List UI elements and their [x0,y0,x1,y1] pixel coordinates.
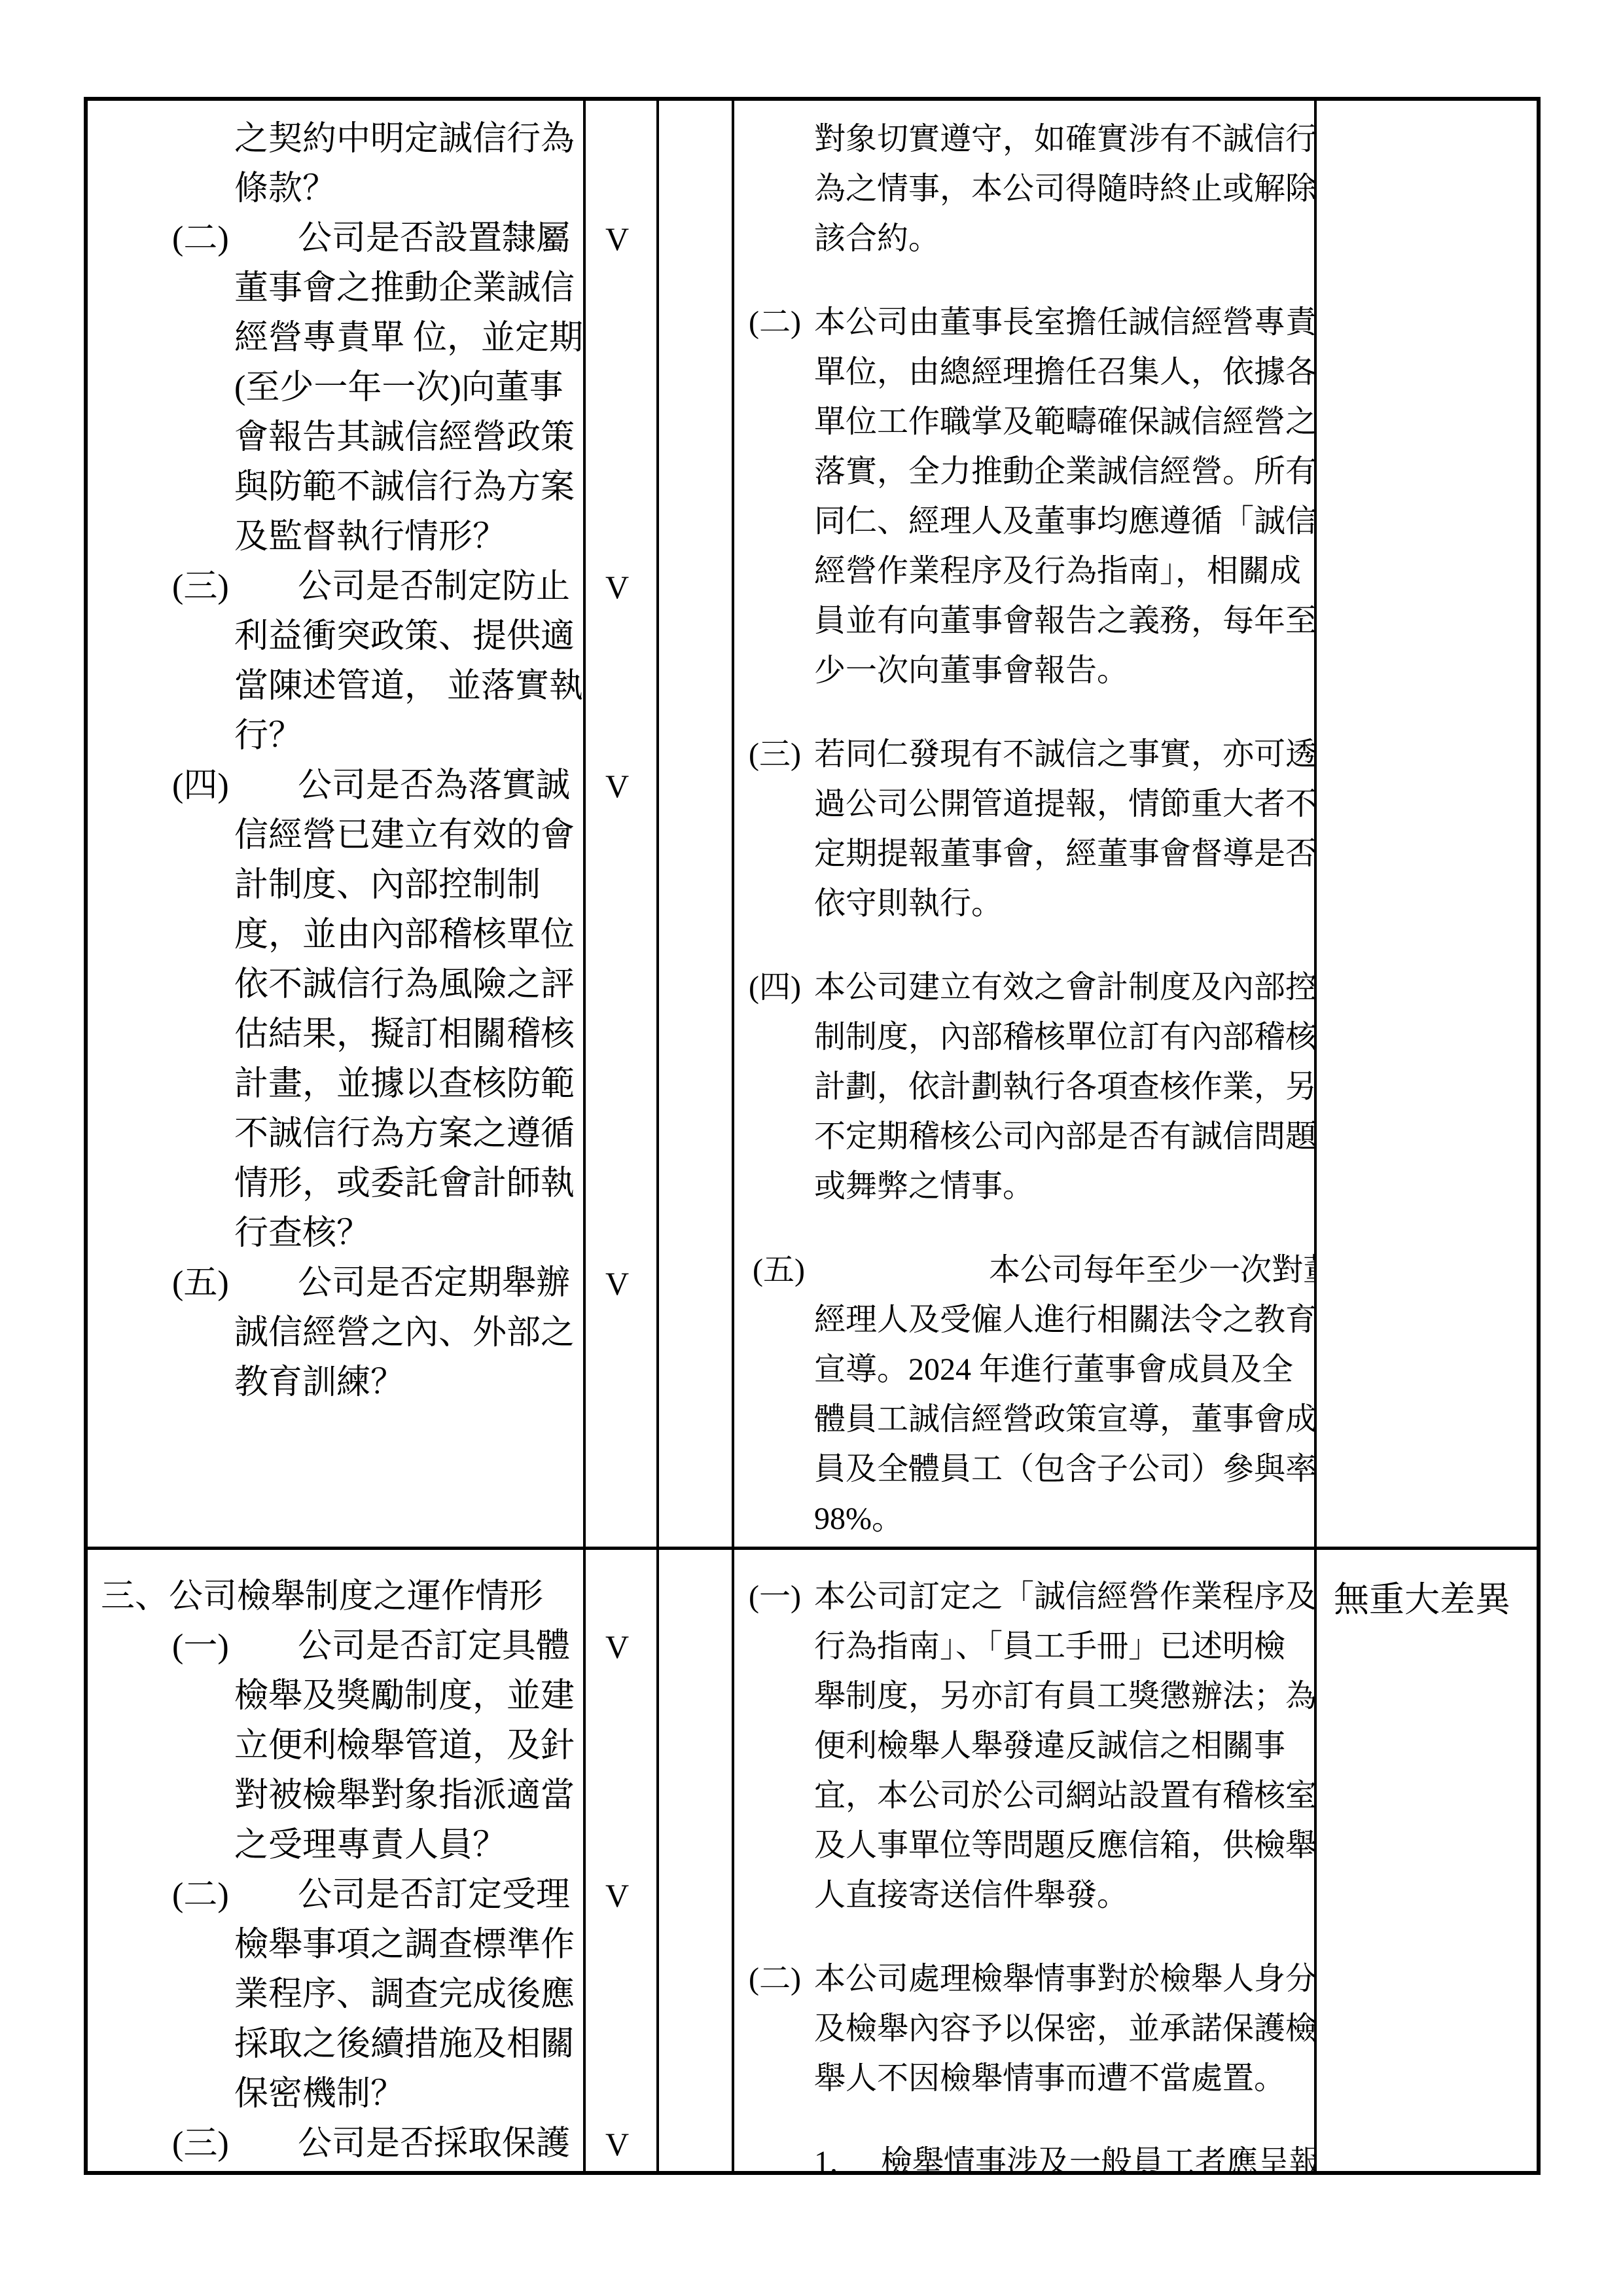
blank-line [734,2104,1314,2138]
text-line: 舉人不因檢舉情事而遭不當處置。 [734,2054,1314,2104]
item-text: 本公司處理檢舉情事對於檢舉人身分 [814,1962,1317,1996]
text-line: 與防範不誠信行為方案 [84,463,583,512]
yes-column-cell-row2: VVV [586,1550,659,2175]
text-line: 制制度，內部稽核單位訂有內部稽核 [734,1013,1314,1062]
no-column-cell-row1 [659,97,734,1550]
item-text: 本公司建立有效之會計制度及內部控 [814,970,1317,1005]
item-text: 公司是否定期舉辦 [298,1265,570,1302]
blank-line [734,929,1314,963]
item-text: 公司是否訂定受理 [298,1876,570,1914]
text-line: 員及全體員工（包含子公司）參與率 [734,1444,1314,1494]
evaluation-item-cell-row2: 三、公司檢舉制度之運作情形(一)公司是否訂定具體檢舉及獎勵制度，並建立便利檢舉管… [84,1550,586,2175]
item-marker: (二) [749,1954,814,2004]
text-line: 舉制度，另亦訂有員工獎懲辦法；為 [734,1672,1314,1721]
text-line: 計畫，並據以查核防範 [84,1060,583,1109]
item-marker: (一) [172,1622,298,1672]
text-line: (二)公司是否設置隸屬 [84,214,583,264]
text-line: 估結果，擬訂相關稽核 [84,1010,583,1060]
text-line: (五)本公司每年至少一次對董事、 [734,1246,1314,1295]
text-line: 為之情事，本公司得隨時終止或解除 [734,164,1314,214]
text-line: (二)本公司由董事長室擔任誠信經營專責 [734,298,1314,348]
evaluation-item-lines-row1: 之契約中明定誠信行為條款？(二)公司是否設置隸屬董事會之推動企業誠信經營專責單 … [84,97,583,1408]
text-line: 宜，本公司於公司網站設置有稽核室 [734,1771,1314,1821]
text-line: 業程序、調查完成後應 [84,1970,583,2020]
item-marker: (三) [172,562,298,612]
text-line: 經理人及受僱人進行相關法令之教育 [734,1295,1314,1345]
summary-cell-row1: 對象切實遵守，如確實涉有不誠信行為之情事，本公司得隨時終止或解除該合約。(二)本… [734,97,1317,1550]
yes-checkmark: V [605,2119,629,2169]
text-line: 檢舉事項之調查標準作 [84,1920,583,1970]
yes-checkmark: V [605,1871,629,1920]
text-line: 之受理專責人員？ [84,1821,583,1871]
item-text: 公司是否為落實誠 [298,767,570,804]
evaluation-item-cell-row1: 之契約中明定誠信行為條款？(二)公司是否設置隸屬董事會之推動企業誠信經營專責單 … [84,97,586,1550]
text-line: 1.檢舉情事涉及一般員工者應呈報 [734,2138,1314,2175]
yes-checkmark: V [605,1622,629,1672]
text-line: (三)公司是否制定防止 [84,562,583,612]
text-line: 保密機制？ [84,2070,583,2119]
text-line: (五)公司是否定期舉辦 [84,1259,583,1308]
text-line: 立便利檢舉管道，及針 [84,1721,583,1771]
text-line: 或舞弊之情事。 [734,1162,1314,1211]
item-text: 公司是否設置隸屬 [298,220,570,257]
text-line: 度，並由內部稽核單位 [84,910,583,960]
text-line: 採取之後續措施及相關 [84,2020,583,2070]
summary-cell-row2: (一)本公司訂定之「誠信經營作業程序及行為指南」、「員工手冊」已述明檢舉制度，另… [734,1550,1317,2175]
text-line: 當陳述管道， 並落實執 [84,662,583,711]
text-line: (二)公司是否訂定受理 [84,1871,583,1920]
text-line: 及檢舉內容予以保密，並承諾保護檢 [734,2004,1314,2054]
item-marker: (二) [172,1871,298,1920]
text-line: 員並有向董事會報告之義務，每年至 [734,596,1314,646]
item-marker: (二) [172,214,298,264]
text-line: 便利檢舉人舉發違反誠信之相關事 [734,1721,1314,1771]
item-marker: (二) [749,298,814,348]
difference-cell-row1 [1317,97,1541,1550]
evaluation-item-lines-row2: 三、公司檢舉制度之運作情形(一)公司是否訂定具體檢舉及獎勵制度，並建立便利檢舉管… [84,1550,583,2169]
item-text: 若同仁發現有不誠信之事實，亦可透 [814,737,1317,772]
item-text: 公司是否制定防止 [298,568,570,605]
text-line: 經營專責單 位，並定期 [84,314,583,363]
text-line: 單位，由總經理擔任召集人，依據各 [734,348,1314,397]
text-line: 對被檢舉對象指派適當 [84,1771,583,1821]
item-text: 本公司訂定之「誠信經營作業程序及 [814,1579,1317,1614]
yes-checkmark: V [605,1259,629,1308]
text-line: 同仁、經理人及董事均應遵循「誠信 [734,497,1314,547]
item-marker: (五) [172,1259,298,1308]
assessment-table: 之契約中明定誠信行為條款？(二)公司是否設置隸屬董事會之推動企業誠信經營專責單 … [84,97,1541,2175]
text-line: (至少一年一次)向董事 [84,363,583,413]
item-text: 公司是否採取保護 [298,2125,570,2162]
text-line: 依不誠信行為風險之評 [84,960,583,1010]
text-line: 及監督執行情形？ [84,512,583,562]
text-line: (四)公司是否為落實誠 [84,761,583,811]
yes-checkmark: V [605,562,629,612]
text-line: 行？ [84,711,583,761]
difference-cell-row2: 無重大差異 [1317,1550,1541,2175]
text-line: 少一次向董事會報告。 [734,646,1314,696]
text-line: 行查核？ [84,1209,583,1259]
scanned-document-page: 之契約中明定誠信行為條款？(二)公司是否設置隸屬董事會之推動企業誠信經營專責單 … [0,0,1623,2296]
text-line: 利益衝突政策、提供適 [84,612,583,662]
difference-text-row1 [1317,97,1541,123]
item-text: 公司是否訂定具體 [298,1628,570,1665]
text-line: 條款？ [84,164,583,214]
text-line: 行為指南」、「員工手冊」已述明檢 [734,1622,1314,1672]
text-line: 依守則執行。 [734,879,1314,929]
item-marker: (五) [753,1246,989,1295]
yes-column-cell-row1: VVVV [586,97,659,1550]
text-line: (二)本公司處理檢舉情事對於檢舉人身分 [734,1954,1314,2004]
text-line: 會報告其誠信經營政策 [84,413,583,463]
text-line: 檢舉及獎勵制度，並建 [84,1672,583,1721]
text-line: 計劃，依計劃執行各項查核作業，另 [734,1062,1314,1112]
text-line: 單位工作職掌及範疇確保誠信經營之 [734,397,1314,447]
text-line: (一)本公司訂定之「誠信經營作業程序及 [734,1572,1314,1622]
text-line: 計制度、內部控制制 [84,861,583,910]
text-line: 對象切實遵守，如確實涉有不誠信行 [734,115,1314,164]
text-line: 過公司公開管道提報，情節重大者不 [734,780,1314,829]
summary-lines-row2: (一)本公司訂定之「誠信經營作業程序及行為指南」、「員工手冊」已述明檢舉制度，另… [734,1550,1314,2175]
item-marker: (四) [172,761,298,811]
text-line: 98%。 [734,1494,1314,1544]
text-line: (四)本公司建立有效之會計制度及內部控 [734,963,1314,1013]
text-line: 之契約中明定誠信行為 [84,115,583,164]
blank-line [734,1211,1314,1246]
text-line: 三、公司檢舉制度之運作情形 [84,1572,583,1622]
yes-checkmark: V [605,214,629,264]
text-line: 人直接寄送信件舉發。 [734,1871,1314,1920]
yes-checkmark: V [605,761,629,811]
text-line: (三)公司是否採取保護 [84,2119,583,2169]
item-marker: (一) [749,1572,814,1622]
item-text: 本公司由董事長室擔任誠信經營專責 [814,305,1317,340]
text-line: (一)公司是否訂定具體 [84,1622,583,1672]
item-marker: (三) [172,2119,298,2169]
text-line: 體員工誠信經營政策宣導，董事會成 [734,1395,1314,1444]
text-line: (三)若同仁發現有不誠信之事實，亦可透 [734,730,1314,780]
item-marker: 1. [814,2138,881,2175]
item-marker: (四) [749,963,814,1013]
text-line: 宣導。2024 年進行董事會成員及全 [734,1345,1314,1395]
item-text: 本公司每年至少一次對董事、 [989,1253,1317,1287]
difference-text-row2: 無重大差異 [1317,1550,1541,1623]
no-column-cell-row2 [659,1550,734,2175]
item-marker: (三) [749,730,814,780]
text-line: 經營作業程序及行為指南」，相關成 [734,547,1314,596]
text-line: 及人事單位等問題反應信箱，供檢舉 [734,1821,1314,1871]
text-line: 該合約。 [734,214,1314,264]
blank-line [734,696,1314,730]
text-line: 信經營已建立有效的會 [84,811,583,861]
summary-lines-row1: 對象切實遵守，如確實涉有不誠信行為之情事，本公司得隨時終止或解除該合約。(二)本… [734,97,1314,1544]
text-line: 不誠信行為方案之遵循 [84,1109,583,1159]
text-line: 落實，全力推動企業誠信經營。所有 [734,447,1314,497]
text-line: 誠信經營之內、外部之 [84,1308,583,1358]
blank-line [734,264,1314,298]
text-line: 董事會之推動企業誠信 [84,264,583,314]
text-line: 定期提報董事會，經董事會督導是否 [734,829,1314,879]
blank-line [734,1920,1314,1954]
item-text: 檢舉情事涉及一般員工者應呈報 [881,2145,1317,2175]
text-line: 教育訓練？ [84,1358,583,1408]
text-line: 情形，或委託會計師執 [84,1159,583,1209]
text-line: 不定期稽核公司內部是否有誠信問題 [734,1112,1314,1162]
